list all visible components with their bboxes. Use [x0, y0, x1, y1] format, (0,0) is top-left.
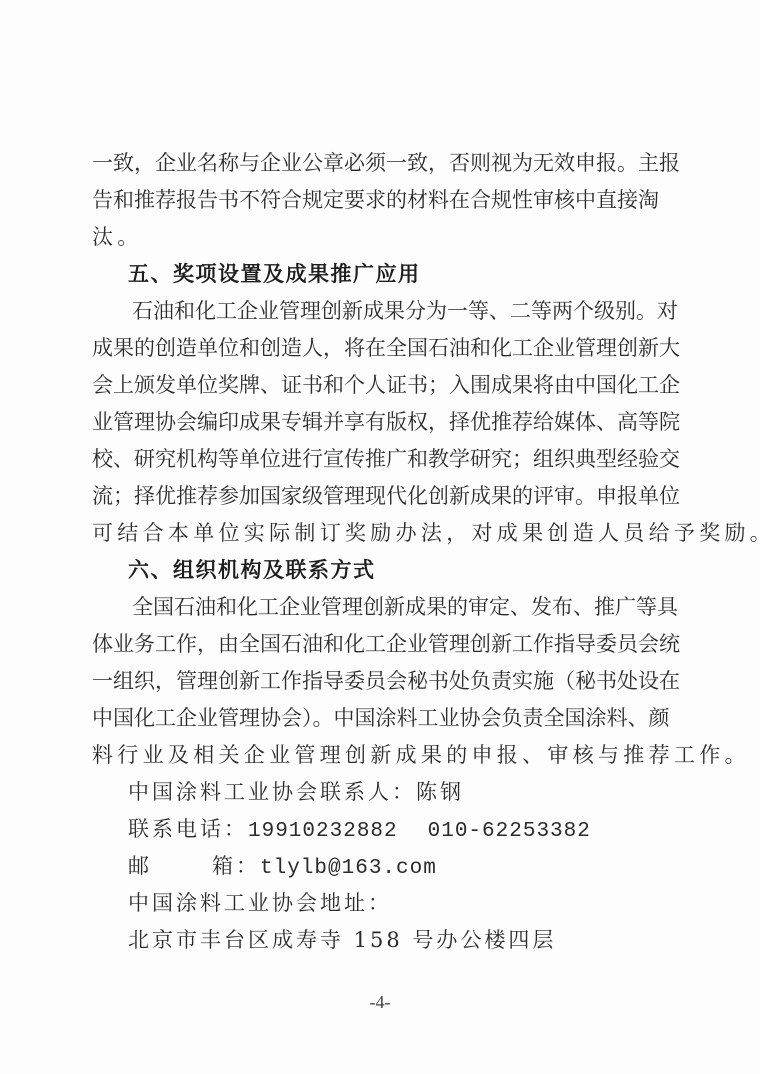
section-5-line: 会上颁发单位奖牌、证书和个人证书；入围成果将由中国化工企: [92, 367, 658, 404]
contact-phone-office: 010-62253382: [428, 820, 591, 843]
section-6-line: 一组织，管理创新工作指导委员会秘书处负责实施（秘书处设在: [92, 663, 658, 700]
paragraph-line: 汰。: [92, 219, 658, 256]
section-5-line: 校、研究机构等单位进行宣传推广和教学研究；组织典型经验交: [92, 441, 658, 478]
contact-email-address: tlylb@163.com: [260, 857, 437, 880]
paragraph-line: 告和推荐报告书不符合规定要求的材料在合规性审核中直接淘: [92, 182, 658, 219]
contact-phone: 联系电话：19910232882010-62253382: [92, 811, 658, 848]
section-6-line: 中国化工企业管理协会）。中国涂料工业协会负责全国涂料、颜: [92, 700, 658, 737]
contact-person-label: 中国涂料工业协会联系人：: [128, 780, 416, 804]
section-5-line: 成果的创造单位和创造人，将在全国石油和化工企业管理创新大: [92, 330, 658, 367]
contact-address: 北京市丰台区成寿寺 158 号办公楼四层: [92, 922, 658, 959]
section-5-line: 业管理协会编印成果专辑并享有版权，择优推荐给媒体、高等院: [92, 404, 658, 441]
document-page: 一致，企业名称与企业公章必须一致，否则视为无效申报。主报 告和推荐报告书不符合规…: [0, 0, 760, 1074]
section-6-line: 体业务工作，由全国石油和化工企业管理创新工作指导委员会统: [92, 626, 658, 663]
section-6-line: 全国石油和化工企业管理创新成果的审定、发布、推广等具: [92, 589, 658, 626]
section-5-heading: 五、奖项设置及成果推广应用: [92, 256, 658, 293]
contact-email: 邮箱：tlylb@163.com: [92, 848, 658, 885]
section-6-heading: 六、组织机构及联系方式: [92, 552, 658, 589]
contact-phone-mobile: 19910232882: [248, 820, 398, 843]
section-5-line: 流；择优推荐参加国家级管理现代化创新成果的评审。申报单位: [92, 478, 658, 515]
section-6-line: 料行业及相关企业管理创新成果的申报、审核与推荐工作。: [92, 737, 658, 774]
contact-person-name: 陈钢: [416, 780, 464, 804]
contact-email-label-2: 箱：: [212, 854, 260, 878]
section-5-line: 石油和化工企业管理创新成果分为一等、二等两个级别。对: [92, 293, 658, 330]
page-number: -4-: [0, 992, 760, 1013]
section-5-line: 可结合本单位实际制订奖励办法，对成果创造人员给予奖励。: [92, 515, 658, 552]
paragraph-line: 一致，企业名称与企业公章必须一致，否则视为无效申报。主报: [92, 145, 658, 182]
contact-phone-label: 联系电话：: [128, 817, 248, 841]
contact-person: 中国涂料工业协会联系人：陈钢: [92, 774, 658, 811]
contact-address-label: 中国涂料工业协会地址：: [92, 885, 658, 922]
document-body: 一致，企业名称与企业公章必须一致，否则视为无效申报。主报 告和推荐报告书不符合规…: [92, 145, 658, 959]
contact-email-label-1: 邮: [128, 854, 152, 878]
